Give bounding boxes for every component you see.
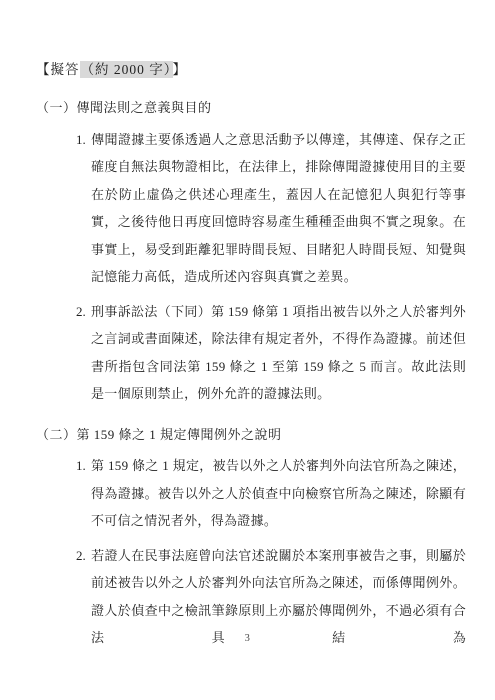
word-count-highlight: （約 2000 字）	[80, 61, 173, 78]
answer-title-suffix: 】	[173, 62, 188, 77]
section-1-item-1: 1.傳聞證據主要係透過人之意思活動予以傳達，其傳達、保存之正確度自無法與物證相比…	[91, 126, 466, 291]
item-number: 2.	[76, 542, 91, 570]
item-number: 1.	[76, 126, 91, 154]
document-content: 【擬答（約 2000 字）】 （一）傳聞法則之意義與目的 1.傳聞證據主要係透過…	[36, 61, 466, 659]
item-text: 第 159 條之 1 規定，被告以外之人於審判外向法官所為之陳述，得為證據。被告…	[91, 458, 466, 528]
answer-title-prefix: 【擬答	[36, 62, 80, 77]
item-text: 刑事訴訟法（下同）第 159 條第 1 項指出被告以外之人於審判外之言詞或書面陳…	[91, 304, 466, 402]
item-number: 2.	[76, 298, 91, 326]
section-2-item-1: 1.第 159 條之 1 規定，被告以外之人於審判外向法官所為之陳述，得為證據。…	[91, 452, 466, 535]
section-2-heading: （二）第 159 條之 1 規定傳聞例外之說明	[36, 421, 466, 449]
page-number: 3	[0, 633, 495, 644]
document-page: 【擬答（約 2000 字）】 （一）傳聞法則之意義與目的 1.傳聞證據主要係透過…	[0, 0, 495, 700]
item-text: 傳聞證據主要係透過人之意思活動予以傳達，其傳達、保存之正確度自無法與物證相比，在…	[91, 132, 466, 285]
section-hearsay-rule-meaning: （一）傳聞法則之意義與目的 1.傳聞證據主要係透過人之意思活動予以傳達，其傳達、…	[36, 94, 466, 408]
section-1-heading: （一）傳聞法則之意義與目的	[36, 94, 466, 122]
item-text: 若證人在民事法庭曾向法官述說關於本案刑事被告之事，則屬於前述被告以外之人於審判外…	[91, 548, 466, 646]
section-article-159-1-exception: （二）第 159 條之 1 規定傳聞例外之說明 1.第 159 條之 1 規定，…	[36, 421, 466, 652]
item-number: 1.	[76, 452, 91, 480]
answer-title: 【擬答（約 2000 字）】	[36, 61, 466, 79]
section-1-item-2: 2.刑事訴訟法（下同）第 159 條第 1 項指出被告以外之人於審判外之言詞或書…	[91, 298, 466, 408]
